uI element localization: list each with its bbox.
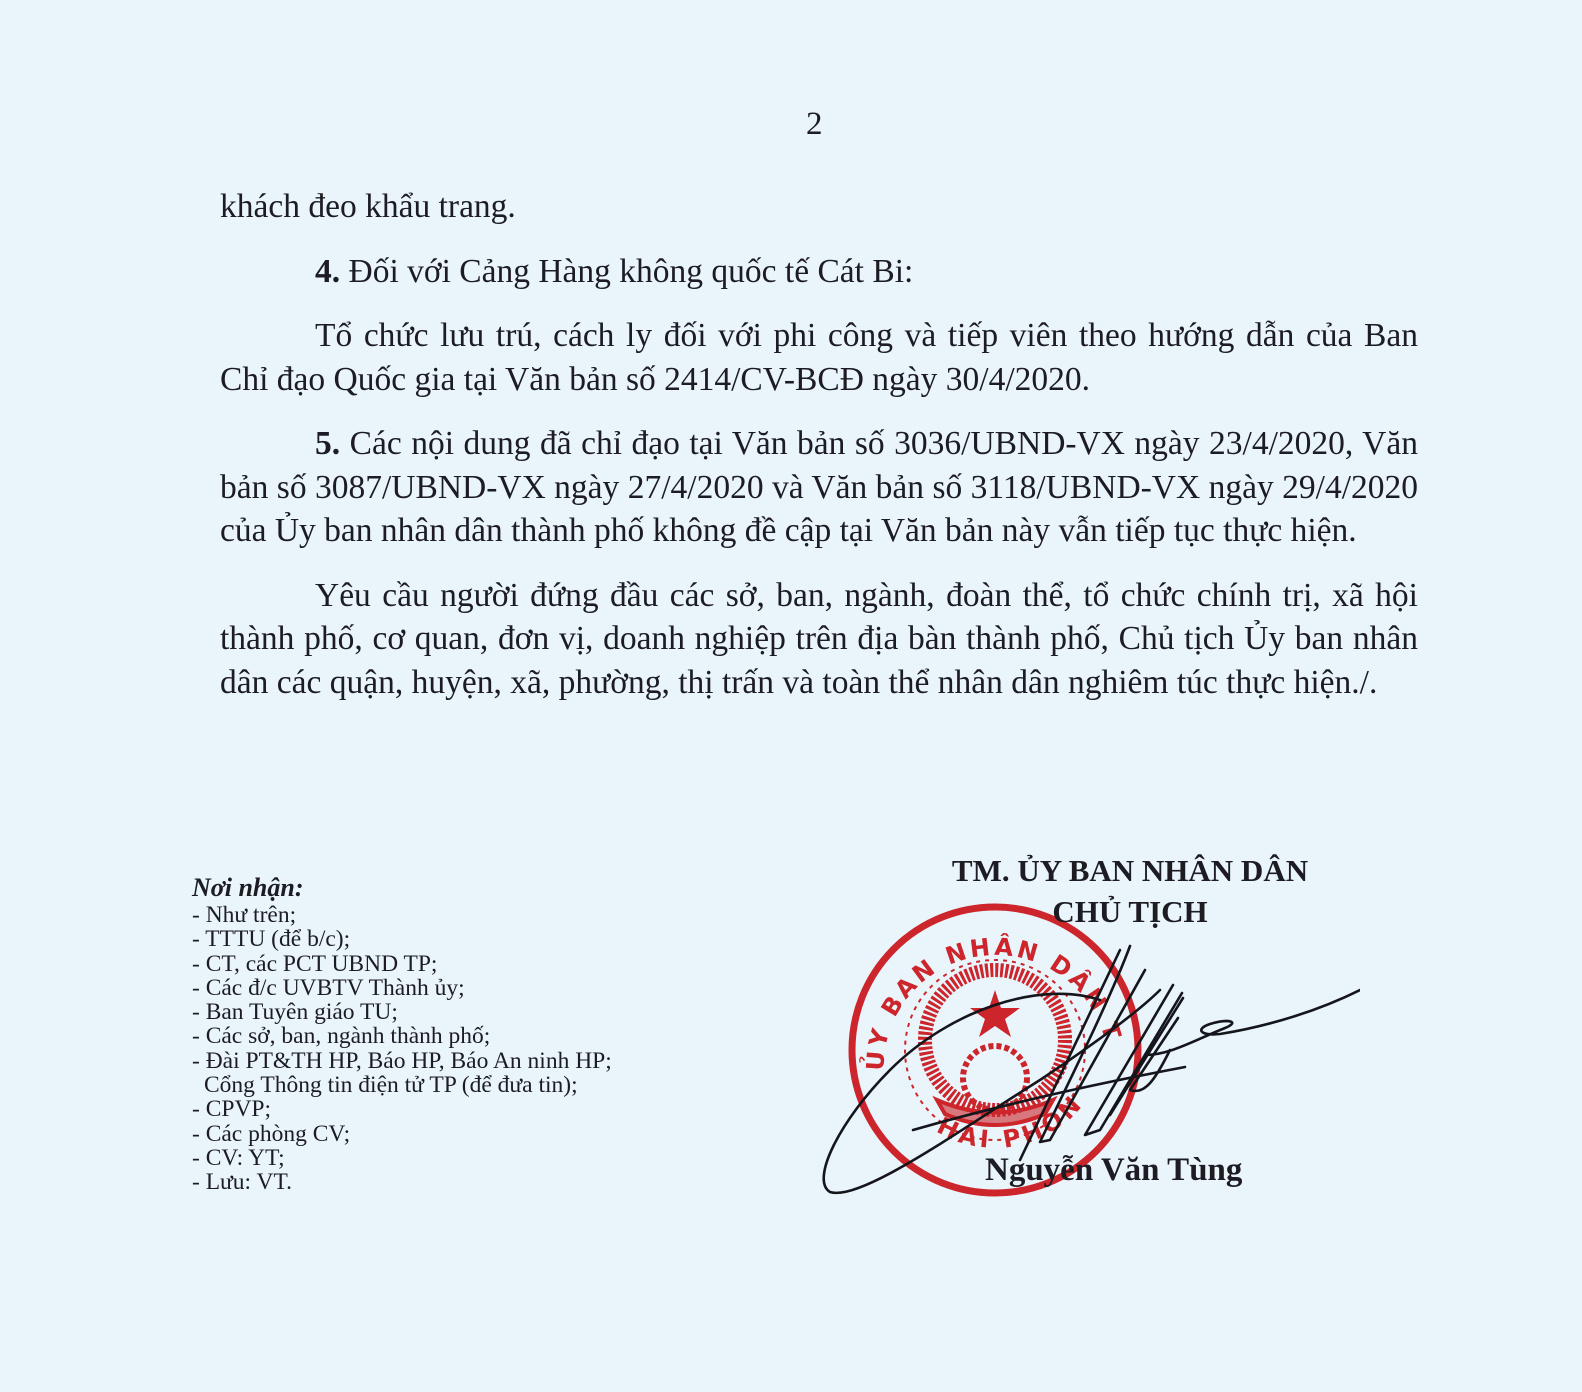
section-4-heading: 4. Đối với Cảng Hàng không quốc tế Cát B… (220, 250, 1418, 294)
recipients-list: Nơi nhận: - Như trên; - TTTU (để b/c); -… (192, 873, 752, 1195)
paragraph-closing-request: Yêu cầu người đứng đầu các sở, ban, ngàn… (220, 574, 1418, 705)
recipient-item-continuation: Cổng Thông tin điện tử TP (để đưa tin); (192, 1073, 752, 1097)
section-heading-text: Đối với Cảng Hàng không quốc tế Cát Bi: (340, 253, 913, 290)
document-body: khách đeo khẩu trang. 4. Đối với Cảng Hà… (220, 185, 1418, 704)
paragraph-continuation: khách đeo khẩu trang. (220, 185, 1418, 229)
page-number: 2 (806, 104, 823, 144)
paragraph-airport-quarantine: Tổ chức lưu trú, cách ly đối với phi côn… (220, 314, 1418, 401)
section-5: 5. Các nội dung đã chỉ đạo tại Văn bản s… (220, 422, 1418, 553)
recipient-item: - Các sở, ban, ngành thành phố; (192, 1024, 752, 1048)
handwritten-signature (800, 930, 1360, 1200)
recipient-item: - Các đ/c UVBTV Thành ủy; (192, 976, 752, 1000)
recipient-item: - Các phòng CV; (192, 1122, 752, 1146)
recipient-item: - Ban Tuyên giáo TU; (192, 1000, 752, 1024)
recipient-item: - Lưu: VT. (192, 1170, 752, 1194)
recipient-item: - CPVP; (192, 1097, 752, 1121)
paragraph-text: Tổ chức lưu trú, cách ly đối với phi côn… (220, 317, 1418, 398)
paragraph-text: Yêu cầu người đứng đầu các sở, ban, ngàn… (220, 577, 1418, 701)
recipient-item: - CV: YT; (192, 1146, 752, 1170)
recipient-item: - Đài PT&TH HP, Báo HP, Báo An ninh HP; (192, 1049, 752, 1073)
recipient-item: - TTTU (để b/c); (192, 927, 752, 951)
section-text: Các nội dung đã chỉ đạo tại Văn bản số 3… (220, 425, 1418, 549)
paragraph-text: khách đeo khẩu trang. (220, 188, 516, 225)
section-number: 5. (315, 425, 340, 462)
signature-block-header: TM. ỦY BAN NHÂN DÂN CHỦ TỊCH (900, 850, 1360, 932)
on-behalf-label: TM. ỦY BAN NHÂN DÂN (900, 850, 1360, 891)
section-number: 4. (315, 253, 340, 290)
recipient-item: - CT, các PCT UBND TP; (192, 952, 752, 976)
recipients-title: Nơi nhận: (192, 873, 752, 903)
position-title: CHỦ TỊCH (900, 891, 1360, 932)
recipient-item: - Như trên; (192, 903, 752, 927)
